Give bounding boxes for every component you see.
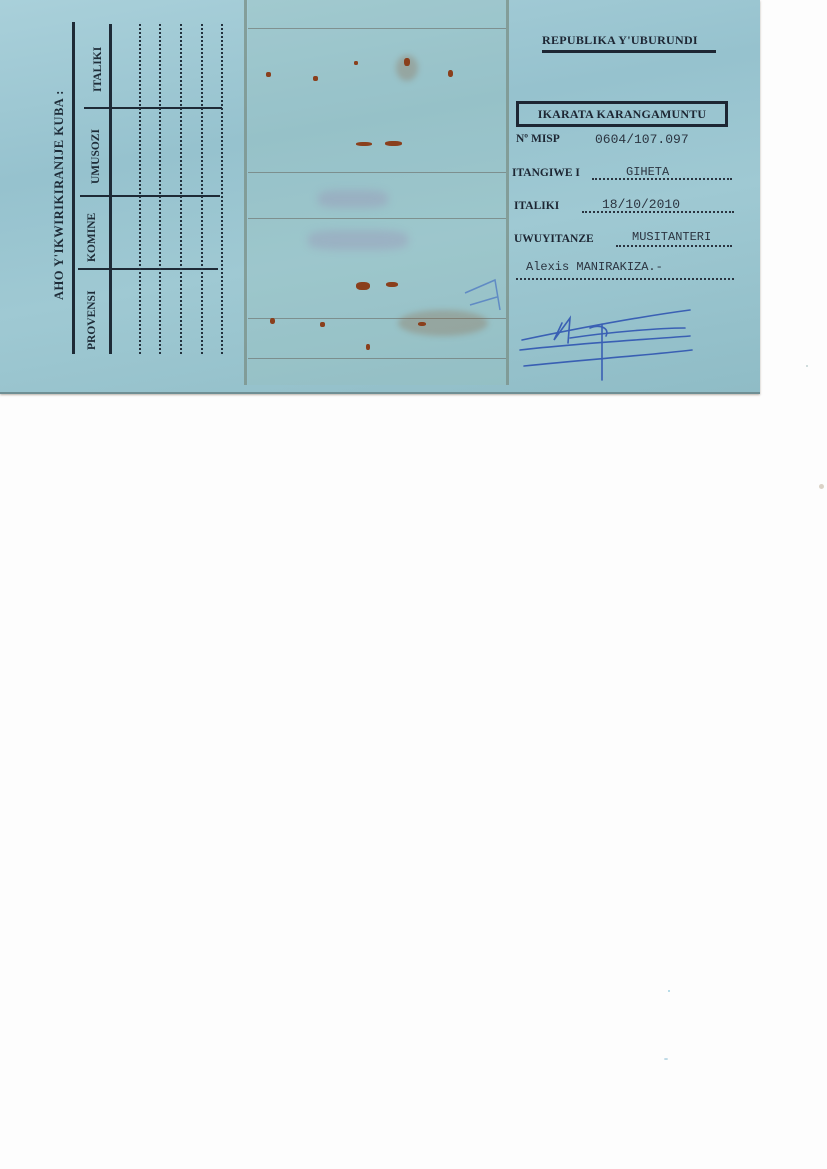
field-label-uwuyitanze: UWUYITANZE [514, 233, 594, 245]
header-italiki: ITALIKI [92, 47, 104, 92]
table-border-line [72, 22, 75, 354]
table-dotted-line [139, 24, 141, 354]
residence-table-title: AHO Y'IKWIRIKIRANIJE KUBA : [52, 90, 67, 300]
fold-line [248, 218, 506, 219]
signature [510, 288, 760, 388]
table-dotted-line [221, 24, 223, 354]
field-label-misp: Nº MISP [516, 133, 560, 145]
faded-stamp [308, 230, 408, 250]
scan-speck [664, 1058, 668, 1060]
staple-slot [386, 282, 398, 287]
field-value-italiki: 18/10/2010 [602, 197, 680, 212]
right-panel-id-details: REPUBLIKA Y'UBURUNDI IKARATA KARANGAMUNT… [510, 0, 760, 385]
left-panel-residence-table: AHO Y'IKWIRIKIRANIJE KUBA : PROVENSI KOM… [0, 0, 244, 385]
header-umusozi: UMUSOZI [90, 129, 102, 184]
header-provensi: PROVENSI [86, 291, 98, 350]
table-divider [78, 268, 218, 270]
table-dotted-line [180, 24, 182, 354]
field-value-misp: 0604/107.097 [595, 132, 689, 147]
fold-crease [244, 0, 247, 385]
staple-hole [270, 318, 275, 324]
field-label-italiki: ITALIKI [514, 200, 559, 212]
fold-line [248, 358, 506, 359]
table-border-line [109, 24, 112, 354]
identity-card: AHO Y'IKWIRIKIRANIJE KUBA : PROVENSI KOM… [0, 0, 760, 394]
staple-hole [418, 322, 426, 326]
card-title-box: IKARATA KARANGAMUNTU [516, 101, 728, 127]
table-dotted-line [159, 24, 161, 354]
fold-line [248, 28, 506, 29]
staple-hole [320, 322, 325, 327]
fold-line [248, 172, 506, 173]
field-dotted-line [592, 178, 732, 180]
field-dotted-line [616, 245, 732, 247]
staple-hole [354, 61, 358, 65]
field-dotted-line [516, 278, 734, 280]
scan-speck [806, 365, 808, 367]
card-title: IKARATA KARANGAMUNTU [538, 107, 707, 122]
table-dotted-line [201, 24, 203, 354]
staple-slot [356, 282, 370, 290]
header-underline [542, 50, 716, 53]
staple-slot [356, 142, 372, 146]
header-komine: KOMINE [86, 213, 98, 262]
field-value-uwuyitanze: MUSITANTERI [632, 230, 711, 244]
issuer-name: Alexis MANIRAKIZA.- [526, 260, 663, 274]
staple-hole [448, 70, 453, 77]
scan-speck [819, 484, 824, 489]
field-value-itangiwe: GIHETA [626, 165, 669, 179]
stamp-trace [455, 275, 525, 345]
staple-hole [266, 72, 271, 77]
table-divider [80, 195, 220, 197]
field-dotted-line [582, 211, 734, 213]
staple-slot [385, 141, 402, 146]
faded-stamp [318, 190, 388, 208]
field-label-itangiwe: ITANGIWE I [512, 167, 580, 179]
staple-hole [366, 344, 370, 350]
scan-speck [668, 990, 670, 992]
staple-hole [313, 76, 318, 81]
country-header: REPUBLIKA Y'UBURUNDI [542, 33, 698, 48]
staple-hole [404, 58, 410, 66]
